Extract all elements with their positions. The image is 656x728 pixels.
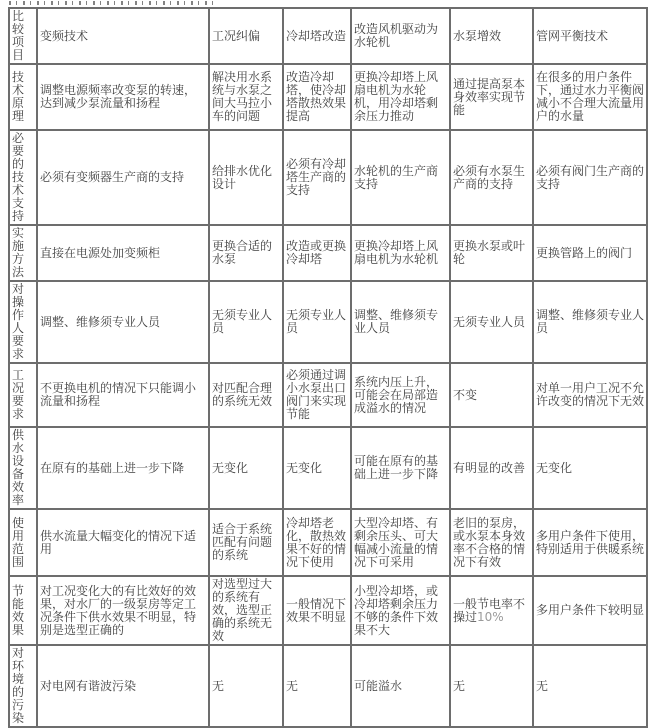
- row-header-condition-requirement: 工况要求: [9, 363, 37, 427]
- table-cell: 对单一用户工况不允许改变的情况下无效: [533, 363, 647, 427]
- row-header-equipment-efficiency: 供水设备效率: [9, 427, 37, 509]
- row-header-tech-support: 必要的技术支持: [9, 130, 37, 225]
- table-cell: 无须专业人员: [283, 281, 351, 363]
- table-cell: 不更换电机的情况下只能调小流量和扬程: [37, 363, 209, 427]
- table-cell: 调整、维修须专业人员: [351, 281, 450, 363]
- table-cell: 无须专业人员: [450, 281, 533, 363]
- table-cell: 可能在原有的基础上进一步下降: [351, 427, 450, 509]
- col-header-comparison-item: 比较项目: [9, 8, 37, 64]
- table-cell: 适合于系统匹配有问题的系统: [209, 509, 283, 523]
- clipped-text-strip: [9, 1, 213, 5]
- table-row-condition-requirement: 工况要求 不更换电机的情况下只能调小流量和扬程 对匹配合理的系统无效 必须通过调…: [9, 363, 647, 427]
- table-cell: 调整电源频率改变泵的转速，达到减少泵流量和扬程: [37, 64, 209, 130]
- table-cell: 对匹配合理的系统无效: [209, 363, 283, 427]
- table-row-operator-requirement: 对操作人要求 调整、维修须专业人员 无须专业人员 无须专业人员 调整、维修须专业…: [9, 281, 647, 363]
- row-header-operator-requirement: 对操作人要求: [9, 281, 37, 363]
- row-header-implementation: 实施方法: [9, 225, 37, 281]
- table-cell: 无变化: [283, 427, 351, 509]
- col-header-pump-efficiency: 水泵增效: [450, 8, 533, 64]
- col-header-condition-correction: 工况纠偏: [209, 8, 283, 64]
- col-header-cooling-tower-retrofit: 冷却塔改造: [283, 8, 351, 64]
- table-cell: 必须有冷却塔生产商的支持: [283, 130, 351, 225]
- table-cell: 有明显的改善: [450, 427, 533, 509]
- table-cell: 直接在电源处加变频柜: [37, 225, 209, 281]
- table-cell: 冷却塔老化，散热效果不好的情况下使用: [283, 509, 351, 523]
- table-cell: 大型冷却塔、有剩余压头、可大幅减小流量的情况下可采用: [351, 509, 450, 523]
- table-cell: 供水流量大幅变化的情况下适用: [37, 509, 209, 523]
- table-cell: 系统内压上升，可能会在局部造成溢水的情况: [351, 363, 450, 427]
- table-cell: 更换管路上的阀门: [533, 225, 647, 281]
- table-cell: 无变化: [533, 427, 647, 509]
- table-cell: 改造或更换冷却塔: [283, 225, 351, 281]
- col-header-vfd-technology: 变频技术: [37, 8, 209, 64]
- table-cell: 在很多的用户条件下，通过水力平衡阀减小不合理大流量用户的水量: [533, 64, 647, 130]
- table-row-application-scope: 使用范围 供水流量大幅变化的情况下适用 适合于系统匹配有问题的系统 冷却塔老化，…: [9, 509, 647, 523]
- table-row-implementation: 实施方法 直接在电源处加变频柜 更换合适的水泵 改造或更换冷却塔 更换冷却塔上风…: [9, 225, 647, 281]
- table-cell: 调整、维修须专业人员: [37, 281, 209, 363]
- table-cell: 必须通过调小水泵出口阀门来实现节能: [283, 363, 351, 427]
- row-header-principle: 技术原理: [9, 64, 37, 130]
- table-cell: 通过提高泵本身效率实现节能: [450, 64, 533, 130]
- table-cell: 更换水泵或叶轮: [450, 225, 533, 281]
- table-cell: 老旧的泵房，或水泵本身效率不合格的情况下有效: [450, 509, 533, 523]
- table-cell: 更换冷却塔上风扇电机为水轮机: [351, 225, 450, 281]
- row-header-application-scope: 使用范围: [9, 509, 37, 523]
- table-cell: 多用户条件下使用，特别适用于供暖系统: [533, 509, 647, 523]
- table-row-equipment-efficiency: 供水设备效率 在原有的基础上进一步下降 无变化 无变化 可能在原有的基础上进一步…: [9, 427, 647, 509]
- col-header-network-balance: 管网平衡技术: [533, 8, 647, 64]
- table-cell: 必须有变频器生产商的支持: [37, 130, 209, 225]
- col-header-fan-to-turbine: 改造风机驱动为水轮机: [351, 8, 450, 64]
- table-cell: 在原有的基础上进一步下降: [37, 427, 209, 509]
- technology-comparison-table: 比较项目 变频技术 工况纠偏 冷却塔改造 改造风机驱动为水轮机 水泵增效 管网平…: [8, 7, 648, 523]
- table-cell: 更换冷却塔上风扇电机为水轮机，用冷却塔剩余压力推动: [351, 64, 450, 130]
- table-cell: 必须有阀门生产商的支持: [533, 130, 647, 225]
- table-cell: 必须有水泵生产商的支持: [450, 130, 533, 225]
- table-cell: 无须专业人员: [209, 281, 283, 363]
- table-cell: 无变化: [209, 427, 283, 509]
- table-cell: 不变: [450, 363, 533, 427]
- table-cell: 给排水优化设计: [209, 130, 283, 225]
- table-cell: 改造冷却塔，使冷却塔散热效果提高: [283, 64, 351, 130]
- table-cell: 水轮机的生产商支持: [351, 130, 450, 225]
- table-cell: 调整、维修须专业人员: [533, 281, 647, 363]
- table-header-row: 比较项目 变频技术 工况纠偏 冷却塔改造 改造风机驱动为水轮机 水泵增效 管网平…: [9, 8, 647, 64]
- table-cell: 解决用水系统与水泵之间大马拉小车的问题: [209, 64, 283, 130]
- table-cell: 更换合适的水泵: [209, 225, 283, 281]
- table-row-tech-support: 必要的技术支持 必须有变频器生产商的支持 给排水优化设计 必须有冷却塔生产商的支…: [9, 130, 647, 225]
- table-row-principle: 技术原理 调整电源频率改变泵的转速，达到减少泵流量和扬程 解决用水系统与水泵之间…: [9, 64, 647, 130]
